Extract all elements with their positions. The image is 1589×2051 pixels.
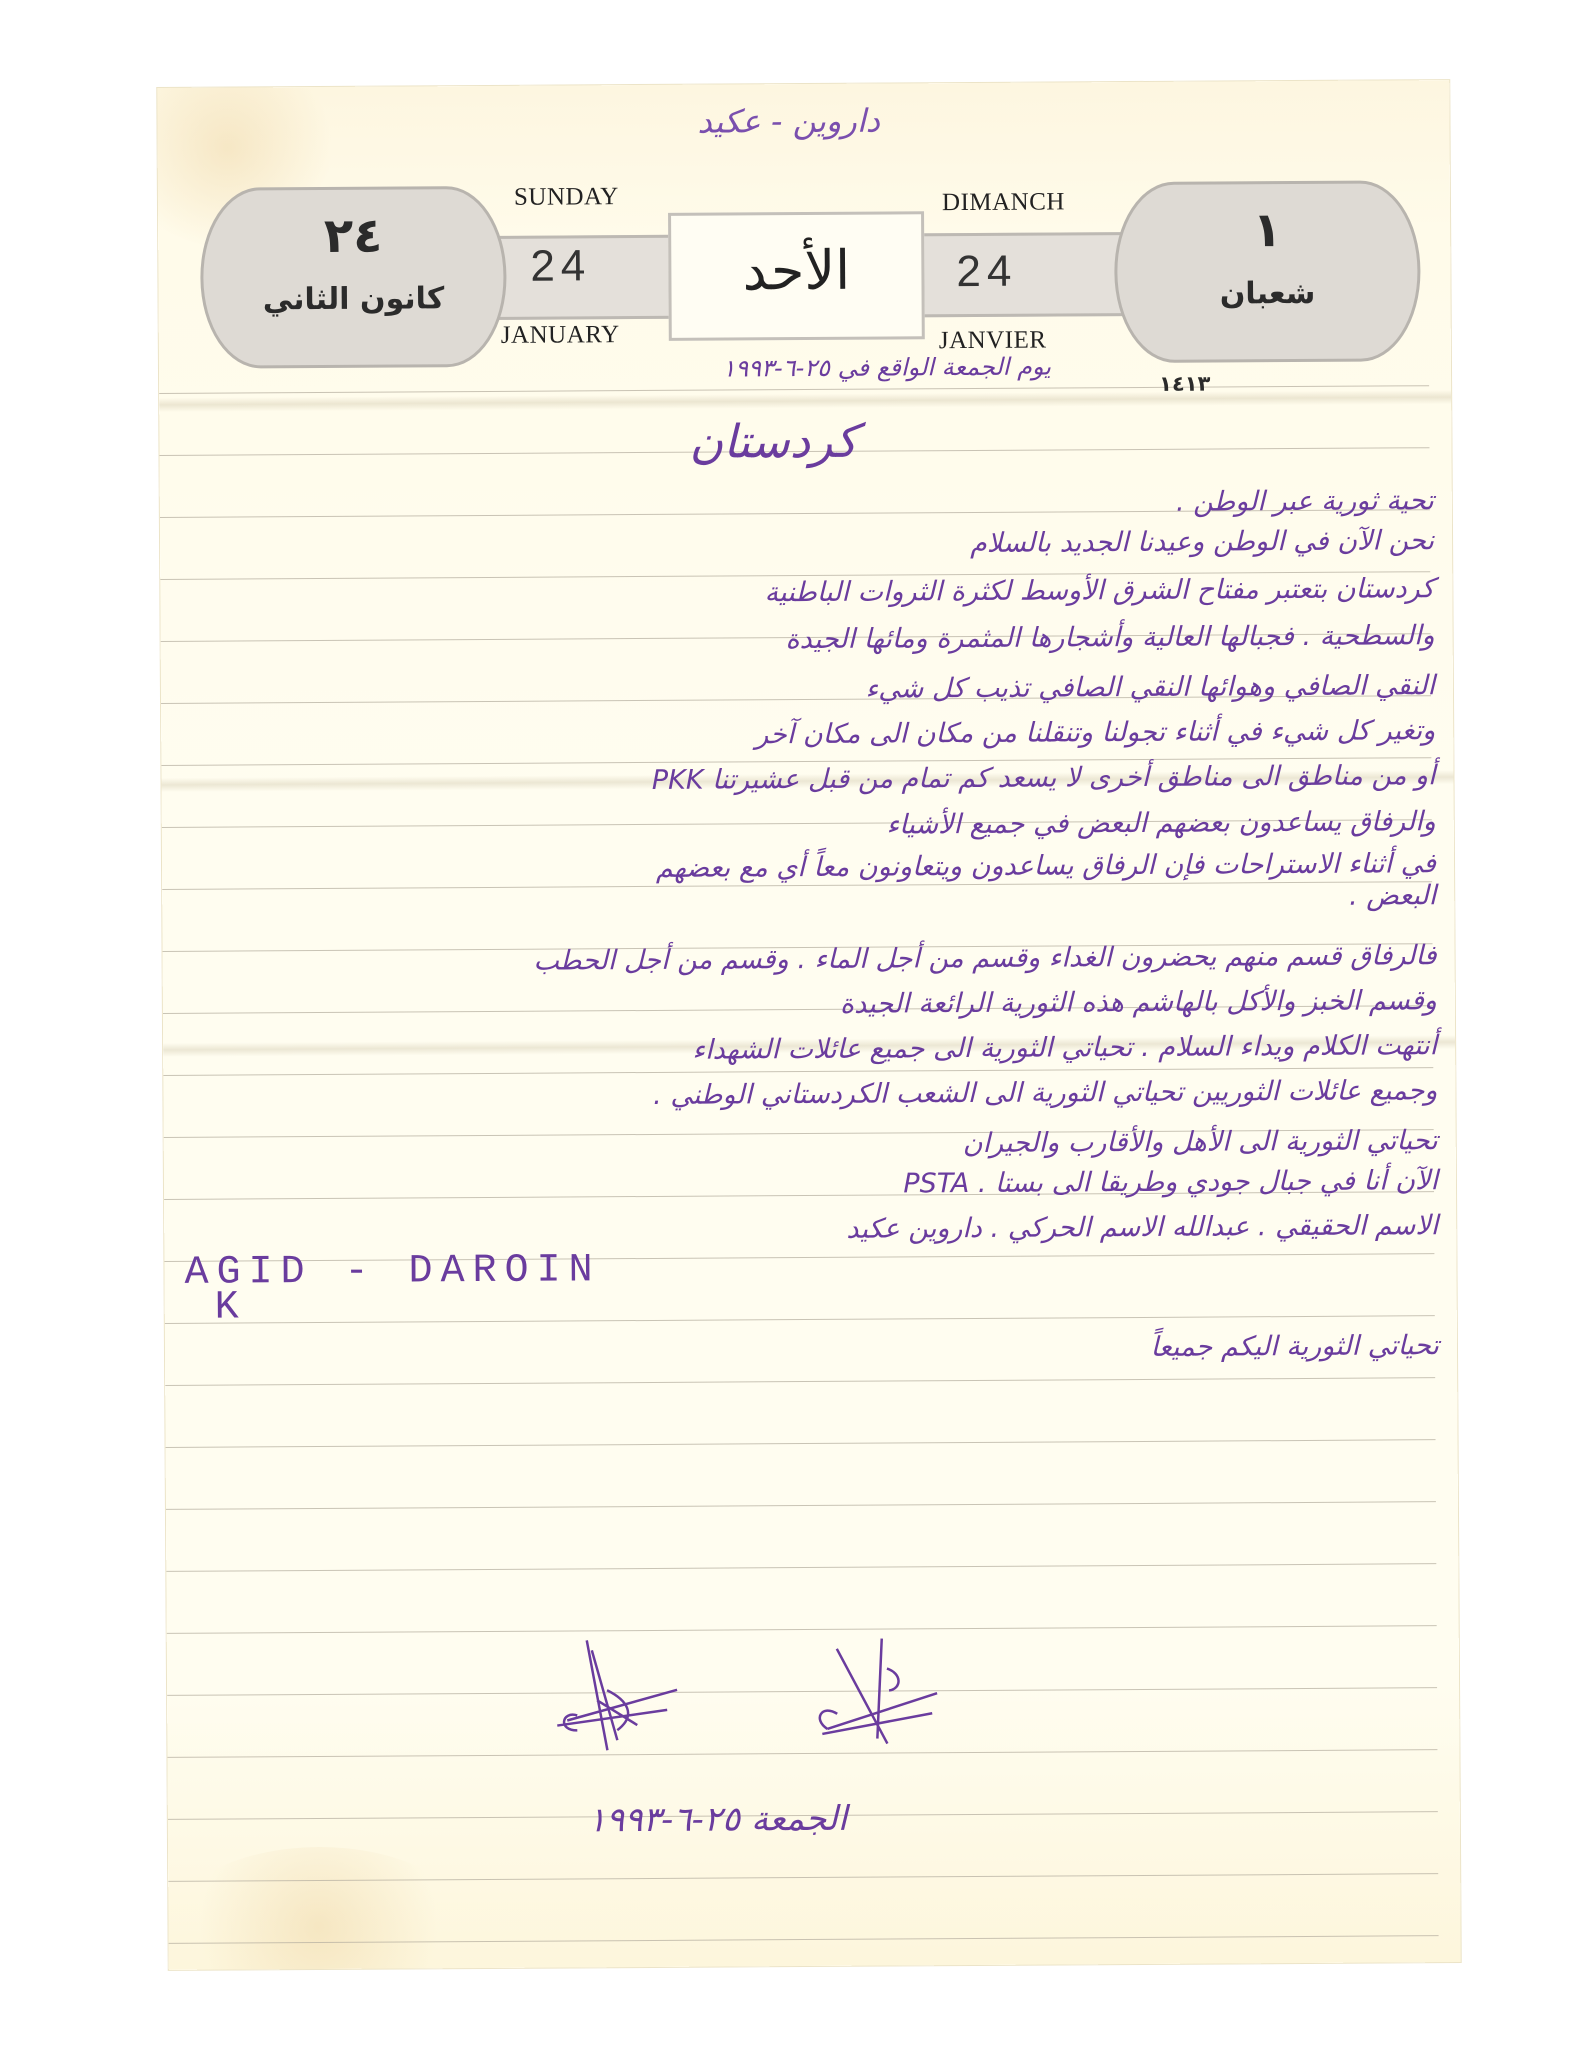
gregorian-arabic-lobe: ٢٤ كانون الثاني [200, 186, 507, 369]
french-weekday: DIMANCH [942, 188, 1065, 217]
letter-line: تحياتي الثورية اليكم جميعاً [1150, 1330, 1439, 1363]
letter-line: تحياتي الثورية الى الأهل والأقارب والجير… [963, 1125, 1438, 1159]
ruled-line [167, 1749, 1437, 1758]
letter-title: كردستان [689, 414, 857, 469]
english-month: JANUARY [501, 321, 620, 350]
letter-line: الاسم الحقيقي . عبدالله الاسم الحركي . د… [846, 1210, 1438, 1245]
english-weekday: SUNDAY [514, 183, 619, 212]
letter-line: والسطحية . فجبالها العالية وأشجارها المث… [785, 620, 1434, 655]
letter-line: كردستان بتعتبر مفتاح الشرق الأوسط لكثرة … [764, 573, 1434, 608]
letter-line: النقي الصافي وهوائها النقي الصافي تذيب ك… [865, 670, 1435, 704]
letter-line: الآن أنا في جبال جودي وطريقا الى بستا . … [903, 1165, 1438, 1199]
ruled-line [166, 1501, 1436, 1510]
signature-1 [547, 1630, 688, 1761]
letter-line: تحية ثورية عبر الوطن . [1176, 485, 1434, 518]
hijri-year: ١٤١٣ [1159, 372, 1210, 396]
calendar-header: ٢٤ كانون الثاني ١ شعبان SUNDAY 24 JANUAR… [200, 180, 1421, 367]
letter-line: AGID - DAROIN [184, 1248, 600, 1296]
ruled-line [165, 1315, 1435, 1324]
letter-line: أنتهت الكلام ويداء السلام . تحياتي الثور… [692, 1030, 1437, 1066]
letter-line: K [215, 1285, 247, 1330]
letter-body: تحية ثورية عبر الوطن .نحن الآن في الوطن … [157, 80, 1449, 88]
ruled-line [167, 1687, 1437, 1696]
paper-stain [168, 1846, 469, 1970]
french-day: 24 [956, 247, 1017, 297]
handwritten-date: يوم الجمعة الواقع في ٢٥-٦-١٩٩٣ [722, 353, 1051, 383]
letter-line: وقسم الخبز والأكل بالهاشم هذه الثورية ال… [840, 985, 1437, 1020]
arabic-day-number: ٢٤ [203, 207, 503, 265]
ruled-lines [157, 80, 1449, 88]
arabic-weekday: الأحد [671, 238, 921, 303]
letter-line: في أثناء الاستراحات فإن الرفاق يساعدون و… [656, 848, 1436, 884]
letter-line: البعض . [1349, 880, 1436, 912]
ruled-line [166, 1563, 1436, 1572]
ruled-line [167, 1625, 1437, 1634]
french-month: JANVIER [939, 327, 1047, 356]
letter-line: فالرفاق قسم منهم يحضرون الغداء وقسم من أ… [533, 940, 1436, 977]
ruled-line [166, 1439, 1436, 1448]
letter-line: نحن الآن في الوطن وعيدنا الجديد بالسلام [970, 525, 1434, 559]
top-handwritten-note: داروين - عكيد [697, 102, 880, 141]
signature-2 [807, 1628, 948, 1759]
letter-line: وجميع عائلات الثوريين تحياتي الثورية الى… [653, 1075, 1437, 1111]
letter-paper: داروين - عكيد ٢٤ كانون الثاني ١ شعبان SU… [157, 80, 1460, 1970]
paper-fold [159, 390, 1451, 412]
ruled-line [163, 1067, 1433, 1076]
letter-line: أو من مناطق الى مناطق أخرى لا يسعد كم تم… [652, 760, 1436, 796]
arabic-weekday-box: الأحد [668, 211, 925, 341]
closing-date: الجمعة ٢٥-٦-١٩٩٣ [588, 1799, 848, 1841]
arabic-month-name: كانون الثاني [203, 281, 503, 318]
ruled-line [165, 1377, 1435, 1386]
hijri-day-number: ١ [1117, 201, 1417, 259]
letter-line: والرفاق يساعدون بعضهم البعض في جميع الأش… [886, 806, 1436, 840]
letter-line: وتغير كل شيء في أثناء تجولنا وتنقلنا من … [755, 715, 1435, 750]
hijri-month-name: شعبان [1117, 275, 1417, 312]
hijri-lobe: ١ شعبان [1114, 180, 1421, 363]
english-day: 24 [530, 241, 591, 291]
